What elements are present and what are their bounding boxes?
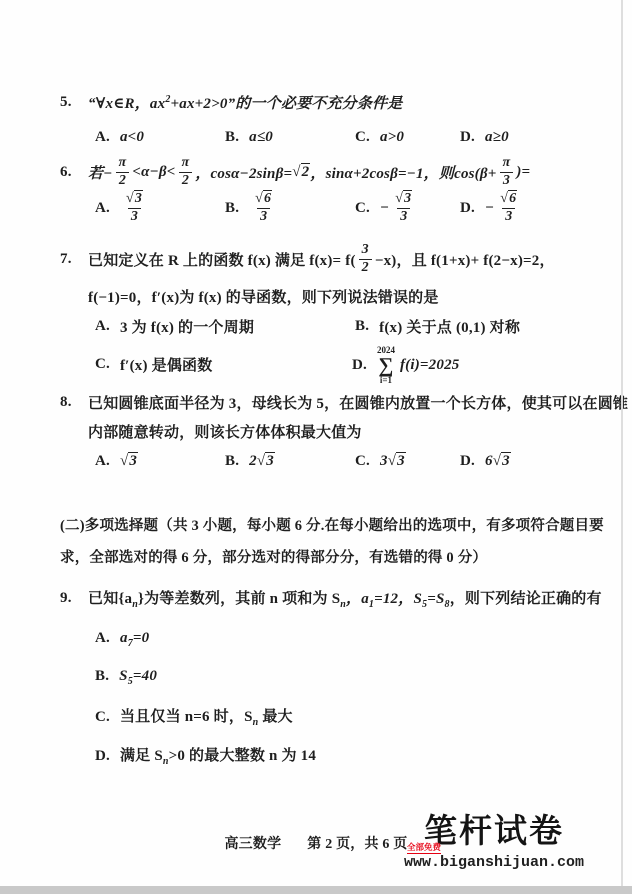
question-6-options: A.33 B.63 C.−33 D.−63 xyxy=(95,192,610,236)
question-7-stem-line2: f(−1)=0，f′(x)为 f(x) 的导函数，则下列说法错误的是 xyxy=(88,286,439,307)
sign: − xyxy=(485,200,494,217)
coefficient: 2 xyxy=(249,453,257,470)
option-label: C. xyxy=(355,200,370,217)
sqrt-symbol: 6 xyxy=(255,192,272,207)
question-number: 5. xyxy=(60,94,88,111)
question-number: 7. xyxy=(60,251,88,268)
option-a: A.a<0 xyxy=(95,129,144,146)
q6-seg1: 若− xyxy=(88,162,113,183)
fraction-sqrt3-3: 33 xyxy=(123,192,146,224)
section-2-header-line1: (二)多项选择题（共 3 小题，每小题 6 分.在每小题给出的选项中，有多项符合… xyxy=(60,514,604,535)
question-9-option-a: A.a7=0 xyxy=(95,630,149,649)
option-value: a<0 xyxy=(120,129,144,146)
question-8-stem-line2: 内部随意转动，则该长方体体积最大值为 xyxy=(88,421,362,442)
option-label: D. xyxy=(460,453,475,470)
fraction-pi-2: π2 xyxy=(116,156,130,188)
option-value: a xyxy=(120,630,128,646)
option-label: C. xyxy=(355,129,370,146)
option-a: A.3 xyxy=(95,453,138,470)
option-value: f(x) 关于点 (0,1) 对称 xyxy=(379,316,520,337)
summation-symbol: 2024∑i=1 xyxy=(377,346,395,385)
sqrt-symbol: 6 xyxy=(500,192,517,207)
question-8-options: A.3 B.23 C.33 D.63 xyxy=(95,453,610,479)
sqrt-2: 2 xyxy=(292,164,310,181)
option-label: D. xyxy=(460,129,475,146)
question-number: 6. xyxy=(60,164,88,181)
option-c: C.a>0 xyxy=(355,129,404,146)
option-label: B. xyxy=(95,668,109,684)
option-value: a>0 xyxy=(380,129,404,146)
option-label: B. xyxy=(355,318,369,335)
coefficient: 3 xyxy=(380,453,388,470)
option-value: f′(x) 是偶函数 xyxy=(120,354,212,375)
exam-page: 5. “∀x∈R，ax2+ax+2>0”的一个必要不充分条件是 A.a<0 B.… xyxy=(0,0,632,894)
fraction-pi-3: π3 xyxy=(500,156,514,188)
fraction-neg-sqrt6-3: 63 xyxy=(497,192,520,224)
watermark-free-label: 全部免费 xyxy=(407,843,441,854)
option-value: 满足 S xyxy=(120,748,163,764)
option-value: =40 xyxy=(133,668,157,684)
q9-seg2: }为等差数列，其前 n 项和为 S xyxy=(138,591,340,607)
footer-course-label: 高三数学 xyxy=(224,837,281,852)
option-d: D.a≥0 xyxy=(460,129,509,146)
question-7-options-row2: C.f′(x) 是偶函数 D.2024∑i=1f(i)=2025 xyxy=(95,344,610,386)
sqrt-3: 3 xyxy=(388,453,406,470)
q9-seg1: 已知{a xyxy=(88,591,132,607)
scan-bottom-edge xyxy=(0,886,632,894)
option-c: C.−33 xyxy=(355,192,418,224)
option-label: D. xyxy=(95,748,110,764)
option-value: a≥0 xyxy=(485,129,509,146)
q7-seg2: −x)，且 f(1+x)+ f(2−x)=2， xyxy=(375,249,555,270)
question-7-options-row1: A.3 为 f(x) 的一个周期 B.f(x) 关于点 (0,1) 对称 xyxy=(95,316,610,342)
option-value: 最大 xyxy=(258,709,292,725)
question-9-text: 已知{an}为等差数列，其前 n 项和为 Sn，a1=12，S5=S8，则下列结… xyxy=(88,587,602,610)
option-value: >0 的最大整数 n 为 14 xyxy=(169,748,316,764)
question-9-option-c: C.当且仅当 n=6 时，Sn 最大 xyxy=(95,705,293,728)
scan-page-edge-line xyxy=(621,0,623,886)
option-label: B. xyxy=(225,453,239,470)
option-d: D.−63 xyxy=(460,192,523,224)
sign: − xyxy=(380,200,389,217)
sqrt-3: 3 xyxy=(493,453,511,470)
option-value: =0 xyxy=(133,630,149,646)
question-5-stem: 5. “∀x∈R，ax2+ax+2>0”的一个必要不充分条件是 xyxy=(60,90,602,114)
question-6-stem: 6. 若− π2 <α−β< π2 ，cosα−2sinβ= 2 ，sinα+2… xyxy=(60,150,602,194)
option-c: C.f′(x) 是偶函数 xyxy=(95,354,212,375)
fraction-pi-2: π2 xyxy=(179,156,193,188)
q5-expr-right: +ax+2>0”的一个必要不充分条件是 xyxy=(171,96,403,112)
q6-seg5: )= xyxy=(516,164,530,181)
option-label: A. xyxy=(95,200,110,217)
option-label: C. xyxy=(355,453,370,470)
sqrt-symbol: 3 xyxy=(395,192,412,207)
option-value: 3 为 f(x) 的一个周期 xyxy=(120,316,254,337)
q9-seg4: =12，S xyxy=(374,591,422,607)
option-label: D. xyxy=(460,200,475,217)
option-label: A. xyxy=(95,318,110,335)
q9-seg6: ，则下列结论正确的有 xyxy=(450,591,602,607)
question-7-stem-line1: 7. 已知定义在 R 上的函数 f(x) 满足 f(x)= f( 32 −x)，… xyxy=(60,238,602,280)
question-number: 8. xyxy=(60,394,88,411)
sqrt-3: 3 xyxy=(257,453,275,470)
sqrt-symbol: 3 xyxy=(126,192,143,207)
section-2-header-line2: 求，全部选对的得 6 分，部分选对的得部分分，有选错的得 0 分） xyxy=(60,546,487,567)
q6-seg4: ，sinα+2cosβ=−1，则cos(β+ xyxy=(310,162,496,183)
option-a: A.3 为 f(x) 的一个周期 xyxy=(95,316,254,337)
q7-seg1: 已知定义在 R 上的函数 f(x) 满足 f(x)= f( xyxy=(88,249,356,270)
option-value: S xyxy=(119,668,128,684)
option-label: B. xyxy=(225,200,239,217)
watermark-url: www.biganshijuan.com xyxy=(404,854,584,871)
q9-seg5: =S xyxy=(427,591,444,607)
option-label: C. xyxy=(95,356,110,373)
option-label: B. xyxy=(225,129,239,146)
q9-seg3: ，a xyxy=(346,591,369,607)
option-value: 当且仅当 n=6 时，S xyxy=(120,709,253,725)
option-b: B.f(x) 关于点 (0,1) 对称 xyxy=(355,316,520,337)
option-value: a≤0 xyxy=(249,129,273,146)
option-b: B.a≤0 xyxy=(225,129,273,146)
option-label: A. xyxy=(95,129,110,146)
option-a: A.33 xyxy=(95,192,149,224)
option-label: A. xyxy=(95,630,110,646)
option-d: D.63 xyxy=(460,453,511,470)
option-label: C. xyxy=(95,709,110,725)
question-5-text: “∀x∈R，ax2+ax+2>0”的一个必要不充分条件是 xyxy=(88,92,402,113)
question-8-stem-line1: 8. 已知圆锥底面半径为 3，母线长为 5，在圆锥内放置一个长方体，使其可以在圆… xyxy=(60,390,602,414)
option-label: D. xyxy=(352,357,367,374)
question-number: 9. xyxy=(60,590,88,607)
coefficient: 6 xyxy=(485,453,493,470)
question-9-stem: 9. 已知{an}为等差数列，其前 n 项和为 Sn，a1=12，S5=S8，则… xyxy=(60,585,602,611)
option-value: f(i)=2025 xyxy=(400,357,460,374)
q6-seg3: ，cosα−2sinβ= xyxy=(195,162,292,183)
fraction-neg-sqrt3-3: 33 xyxy=(392,192,415,224)
option-d: D.2024∑i=1f(i)=2025 xyxy=(352,344,460,386)
q5-expr-left: “∀x∈R，ax xyxy=(88,96,165,112)
option-c: C.33 xyxy=(355,453,406,470)
option-label: A. xyxy=(95,453,110,470)
option-b: B.63 xyxy=(225,192,278,224)
footer-page-info: 第 2 页，共 6 页 xyxy=(307,837,407,852)
fraction-3-2: 32 xyxy=(359,243,372,275)
option-b: B.23 xyxy=(225,453,275,470)
q8-text-line1: 已知圆锥底面半径为 3，母线长为 5，在圆锥内放置一个长方体，使其可以在圆锥 xyxy=(88,392,628,413)
question-9-option-d: D.满足 Sn>0 的最大整数 n 为 14 xyxy=(95,744,316,767)
q6-seg2: <α−β< xyxy=(132,164,175,181)
fraction-sqrt6-3: 63 xyxy=(252,192,275,224)
watermark-brand: 笔杆试卷 xyxy=(424,816,564,849)
question-9-option-b: B.S5=40 xyxy=(95,668,157,687)
sqrt-3: 3 xyxy=(120,453,138,470)
